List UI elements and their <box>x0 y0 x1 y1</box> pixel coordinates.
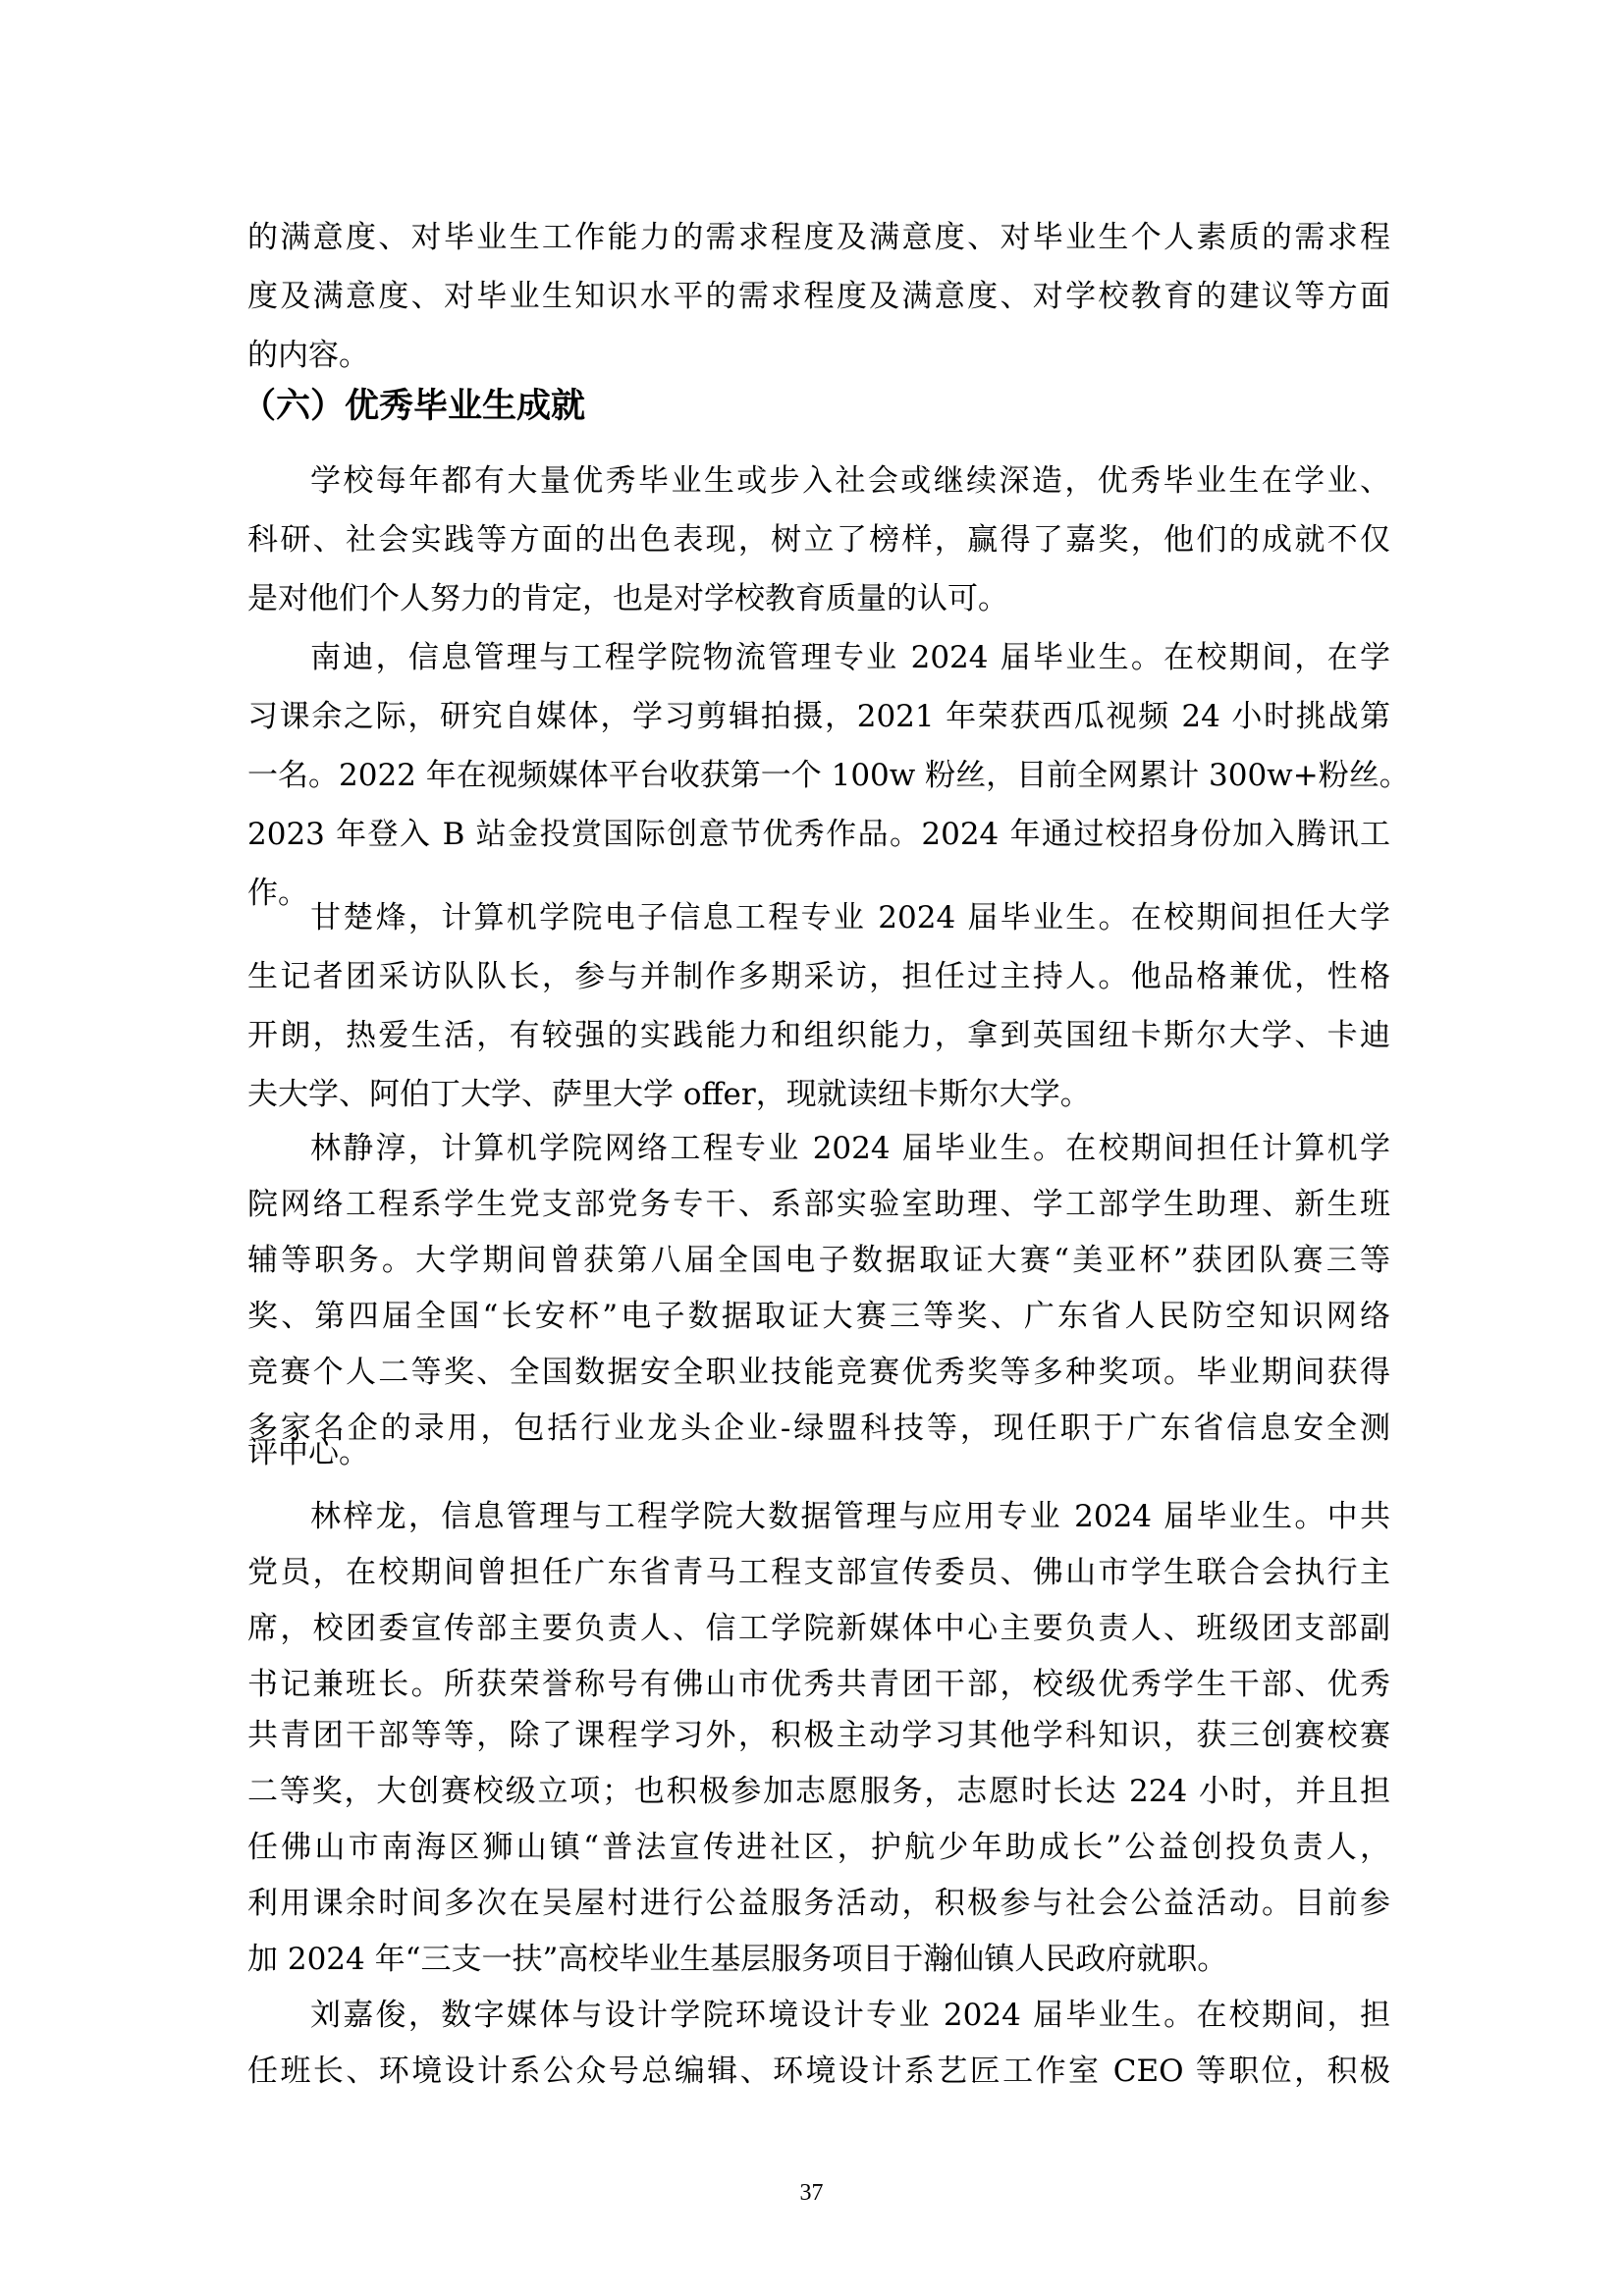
text-line: 辅等职务。大学期间曾获第八届全国电子数据取证大赛“美亚杯”获团队赛三等 <box>247 1241 1390 1280</box>
text-line: 二等奖，大创赛校级立项；也积极参加志愿服务，志愿时长达 224 小时，并且担 <box>247 1772 1390 1811</box>
text-line: 竞赛个人二等奖、全国数据安全职业技能竞赛优秀奖等多种奖项。毕业期间获得 <box>247 1353 1390 1392</box>
text-line: 南迪，信息管理与工程学院物流管理专业 2024 届毕业生。在校期间，在学 <box>310 638 1390 677</box>
text-line: 加 2024 年“三支一扶”高校毕业生基层服务项目于瀚仙镇人民政府就职。 <box>247 1940 1390 1979</box>
section-heading: （六）优秀毕业生成就 <box>242 383 585 430</box>
text-line: 任佛山市南海区狮山镇“普法宣传进社区，护航少年助成长”公益创投负责人， <box>247 1828 1390 1867</box>
text-line: 刘嘉俊，数字媒体与设计学院环境设计专业 2024 届毕业生。在校期间，担 <box>310 1996 1390 2035</box>
text-line: 习课余之际，研究自媒体，学习剪辑拍摄，2021 年荣获西瓜视频 24 小时挑战第 <box>247 697 1390 736</box>
text-line: 党员，在校期间曾担任广东省青马工程支部宣传委员、佛山市学生联合会执行主 <box>247 1553 1390 1592</box>
text-line: 一名。2022 年在视频媒体平台收获第一个 100w 粉丝，目前全网累计 300… <box>247 756 1390 795</box>
page-number: 37 <box>0 2177 1623 2209</box>
text-line: 院网络工程系学生党支部党务专干、系部实验室助理、学工部学生助理、新生班 <box>247 1185 1390 1224</box>
text-line: 林静淳，计算机学院网络工程专业 2024 届毕业生。在校期间担任计算机学 <box>310 1129 1390 1168</box>
text-line: 林梓龙，信息管理与工程学院大数据管理与应用专业 2024 届毕业生。中共 <box>310 1497 1390 1536</box>
text-line: 生记者团采访队队长，参与并制作多期采访，担任过主持人。他品格兼优，性格 <box>247 957 1390 996</box>
text-line: 甘楚烽，计算机学院电子信息工程专业 2024 届毕业生。在校期间担任大学 <box>310 898 1390 937</box>
text-line: 书记兼班长。所获荣誉称号有佛山市优秀共青团干部，校级优秀学生干部、优秀 <box>247 1665 1390 1704</box>
text-line: 的内容。 <box>247 336 1390 375</box>
text-line: 评中心。 <box>247 1433 1390 1472</box>
text-line: 度及满意度、对毕业生知识水平的需求程度及满意度、对学校教育的建议等方面 <box>247 277 1390 316</box>
text-line: 奖、第四届全国“长安杯”电子数据取证大赛三等奖、广东省人民防空知识网络 <box>247 1297 1390 1336</box>
text-line: 席，校团委宣传部主要负责人、信工学院新媒体中心主要负责人、班级团支部副 <box>247 1609 1390 1648</box>
text-line: 学校每年都有大量优秀毕业生或步入社会或继续深造，优秀毕业生在学业、 <box>310 461 1390 501</box>
text-line: 科研、社会实践等方面的出色表现，树立了榜样，赢得了嘉奖，他们的成就不仅 <box>247 520 1390 560</box>
text-line: 的满意度、对毕业生工作能力的需求程度及满意度、对毕业生个人素质的需求程 <box>247 218 1390 257</box>
text-line: 开朗，热爱生活，有较强的实践能力和组织能力，拿到英国纽卡斯尔大学、卡迪 <box>247 1016 1390 1055</box>
text-line: 利用课余时间多次在吴屋村进行公益服务活动，积极参与社会公益活动。目前参 <box>247 1884 1390 1923</box>
document-page: 的满意度、对毕业生工作能力的需求程度及满意度、对毕业生个人素质的需求程 度及满意… <box>0 0 1623 2296</box>
text-line: 2023 年登入 B 站金投赏国际创意节优秀作品。2024 年通过校招身份加入腾… <box>247 815 1390 854</box>
text-line: 是对他们个人努力的肯定，也是对学校教育质量的认可。 <box>247 579 1390 618</box>
text-line: 任班长、环境设计系公众号总编辑、环境设计系艺匠工作室 CEO 等职位，积极 <box>247 2052 1390 2091</box>
text-line: 共青团干部等等，除了课程学习外，积极主动学习其他学科知识，获三创赛校赛 <box>247 1716 1390 1755</box>
text-line: 夫大学、阿伯丁大学、萨里大学 offer，现就读纽卡斯尔大学。 <box>247 1075 1390 1114</box>
